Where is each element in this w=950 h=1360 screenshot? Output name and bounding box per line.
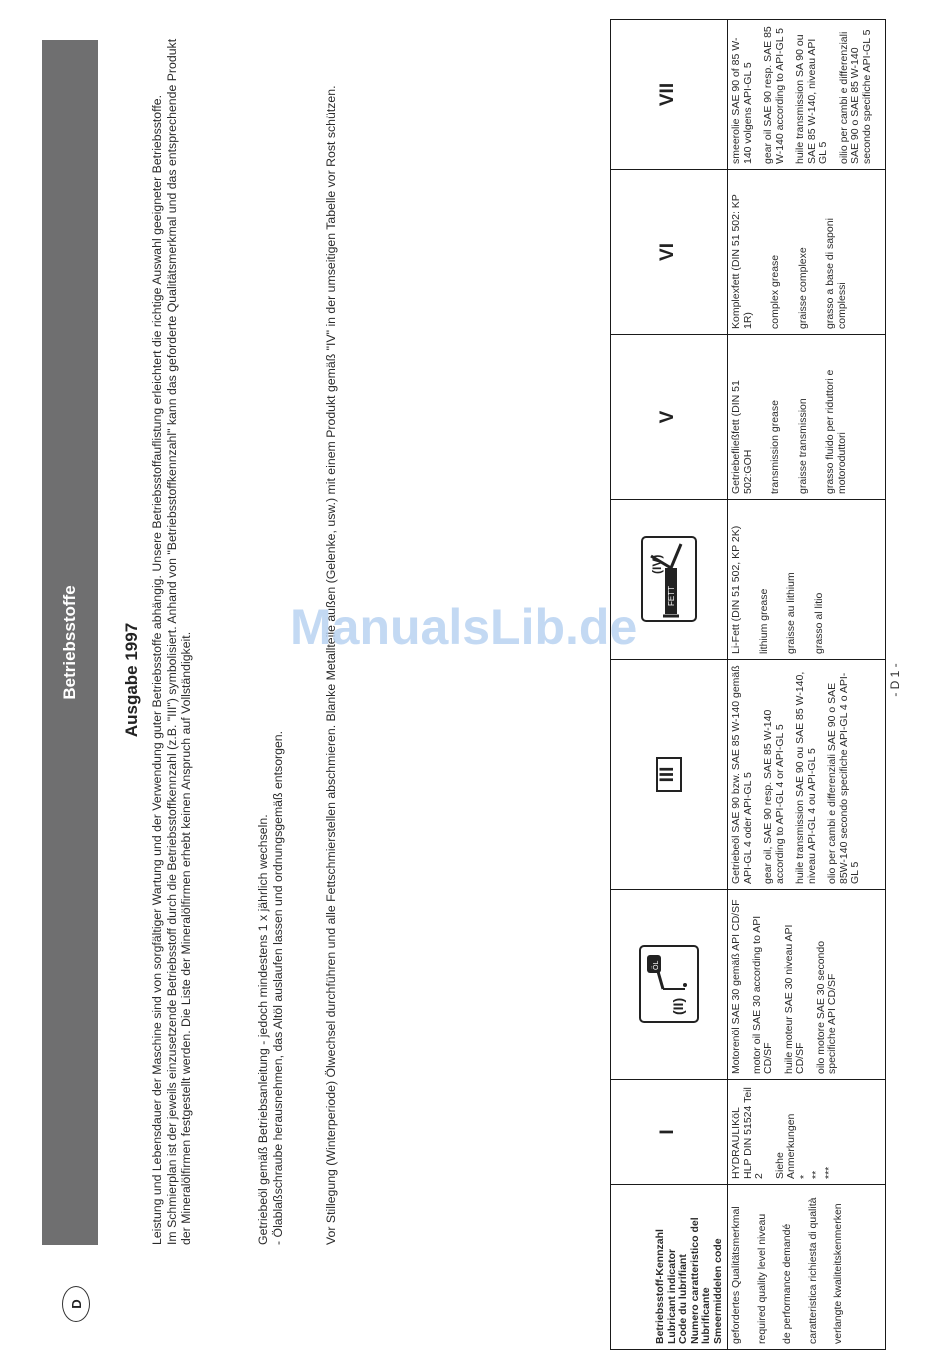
section-title: Betriebsstoffe bbox=[60, 585, 80, 699]
spec-line: HYDRAULIKöL HLP DIN 51524 Teil 2 bbox=[731, 1085, 766, 1179]
oil-can-icon: (II) ÖL bbox=[639, 946, 699, 1024]
spec-line: Getriebefließfett (DIN 51 502:GOH bbox=[731, 340, 754, 494]
svg-text:ÖL: ÖL bbox=[652, 961, 660, 970]
spec-line: Motorenöl SAE 30 gemäß API CD/SF bbox=[731, 895, 743, 1074]
spec-line: smeerolie SAE 90 of 85 W-140 volgens API… bbox=[731, 25, 754, 164]
spec-cell-I: HYDRAULIKöL HLP DIN 51524 Teil 2 Siehe A… bbox=[728, 1080, 886, 1185]
watermark: ManualsLib.de bbox=[290, 598, 637, 656]
column-header-VII: VII bbox=[611, 20, 728, 170]
spec-line: olio per cambi e differenziali SAE 90 o … bbox=[827, 665, 862, 884]
row-label: required quality level niveau bbox=[757, 1190, 769, 1344]
spec-line: huile transmission SA 90 ou SAE 85 W-140… bbox=[795, 25, 830, 164]
gear-oil-text: Getriebeöl gemäß Betriebsanleitung - jed… bbox=[256, 25, 271, 1245]
spec-line: lithium grease bbox=[759, 505, 771, 654]
spec-line: *** bbox=[824, 1085, 836, 1179]
spec-line: huile moteur SAE 30 niveau API CD/SF bbox=[784, 895, 807, 1074]
lubricant-table: Betriebsstoff-Kennzahl Lubricant indicat… bbox=[610, 20, 870, 1350]
spec-line: graisse transmission bbox=[798, 340, 810, 494]
spec-line: Li-Fett (DIN 51 502, KP 2K) bbox=[731, 505, 743, 654]
spec-line: transmission grease bbox=[770, 340, 782, 494]
column-header-III: III bbox=[611, 660, 728, 890]
intro-paragraph: Leistung und Lebensdauer der Maschine si… bbox=[150, 25, 194, 1245]
column-header-II: (II) ÖL bbox=[611, 890, 728, 1080]
spec-line: oilio per cambi e differenziali SAE 90 o… bbox=[839, 25, 874, 164]
boxed-numeral-icon: III bbox=[656, 757, 683, 793]
spec-line: Getriebeöl SAE 90 bzw. SAE 85 W-140 gemä… bbox=[731, 665, 754, 884]
spec-line: graisse au lithium bbox=[786, 505, 798, 654]
column-header-VI: VI bbox=[611, 170, 728, 335]
spec-line: huile transmission SAE 90 ou SAE 85 W-14… bbox=[795, 665, 818, 884]
spec-line: Siehe Anmerkungen bbox=[775, 1085, 798, 1179]
spec-cell-II: Motorenöl SAE 30 gemäß API CD/SF motor o… bbox=[728, 890, 886, 1080]
spec-cell-VII: smeerolie SAE 90 of 85 W-140 volgens API… bbox=[728, 20, 886, 170]
row-label: verlangte kwaliteitskenmerken bbox=[833, 1190, 845, 1344]
row-label: de performance demandé bbox=[782, 1190, 794, 1344]
column-header-I: I bbox=[611, 1080, 728, 1185]
section-header-bar: Betriebsstoffe bbox=[42, 40, 98, 1245]
spec-cell-IV: Li-Fett (DIN 51 502, KP 2K) lithium grea… bbox=[728, 500, 886, 660]
drain-instruction: - Ölablaßschraube herausnehmen, das Altö… bbox=[271, 25, 286, 1245]
intro-text: Leistung und Lebensdauer der Maschine si… bbox=[150, 25, 165, 1245]
rotated-page: D Betriebsstoffe Ausgabe 1997 Leistung u… bbox=[0, 0, 950, 1360]
row-header-line: Betriebsstoff-Kennzahl bbox=[655, 1190, 667, 1344]
quality-labels-cell: gefordertes Qualitätsmerkmal required qu… bbox=[728, 1185, 886, 1350]
edition-heading: Ausgabe 1997 bbox=[122, 0, 142, 1360]
spec-line: grasso fluido per riduttori e motorodutt… bbox=[825, 340, 848, 494]
spec-line: gear oil SAE 90 resp. SAE 85 W-140 accor… bbox=[763, 25, 786, 164]
lubricant-code: III bbox=[657, 767, 678, 783]
spec-line: grasso a base di saponi complessi bbox=[825, 175, 848, 329]
grease-gun-icon: FETT (IV) bbox=[641, 537, 697, 623]
row-header-line: Code du lubrifiant bbox=[678, 1190, 690, 1344]
lubricant-code: I bbox=[657, 1129, 678, 1134]
lubricant-code: V bbox=[657, 411, 678, 424]
spec-line: complex grease bbox=[770, 175, 782, 329]
row-label: gefordertes Qualitätsmerkmal bbox=[731, 1190, 743, 1344]
spec-line: * bbox=[799, 1085, 811, 1179]
page-number: - D 1 - bbox=[888, 0, 902, 1360]
lubricant-code: VI bbox=[657, 243, 678, 261]
gear-oil-paragraph: Getriebeöl gemäß Betriebsanleitung - jed… bbox=[256, 25, 285, 1245]
language-badge: D bbox=[62, 1286, 90, 1322]
spec-line: motor oil SAE 30 according to API CD/SF bbox=[752, 895, 775, 1074]
svg-text:FETT: FETT bbox=[667, 586, 676, 606]
row-header-cell: Betriebsstoff-Kennzahl Lubricant indicat… bbox=[611, 1185, 728, 1350]
spec-line: ** bbox=[811, 1085, 823, 1179]
row-label: caratteristica richiesta di qualità bbox=[808, 1190, 820, 1344]
spec-line: grasso al litio bbox=[814, 505, 826, 654]
lubricant-code: VII bbox=[657, 83, 678, 106]
spec-line: oilo motore SAE 30 secondo specifiche AP… bbox=[816, 895, 839, 1074]
svg-text:(II): (II) bbox=[670, 998, 686, 1015]
spec-line: gear oil, SAE 90 resp. SAE 85 W-140 acco… bbox=[763, 665, 786, 884]
intro-text-2: Im Schmierplan ist der jeweils einzusetz… bbox=[165, 25, 194, 1245]
spec-cell-V: Getriebefließfett (DIN 51 502:GOH transm… bbox=[728, 335, 886, 500]
row-header-line: Smeermiddelen code bbox=[713, 1190, 725, 1344]
spec-line: graisse complexe bbox=[798, 175, 810, 329]
column-header-V: V bbox=[611, 335, 728, 500]
spec-cell-VI: Komplexfett (DIN 51 502: KP 1R) complex … bbox=[728, 170, 886, 335]
spec-line: Komplexfett (DIN 51 502: KP 1R) bbox=[731, 175, 754, 329]
row-header-line: Numero caratteristico del lubrificante bbox=[690, 1190, 713, 1344]
spec-cell-III: Getriebeöl SAE 90 bzw. SAE 85 W-140 gemä… bbox=[728, 660, 886, 890]
svg-text:(IV): (IV) bbox=[650, 555, 664, 574]
